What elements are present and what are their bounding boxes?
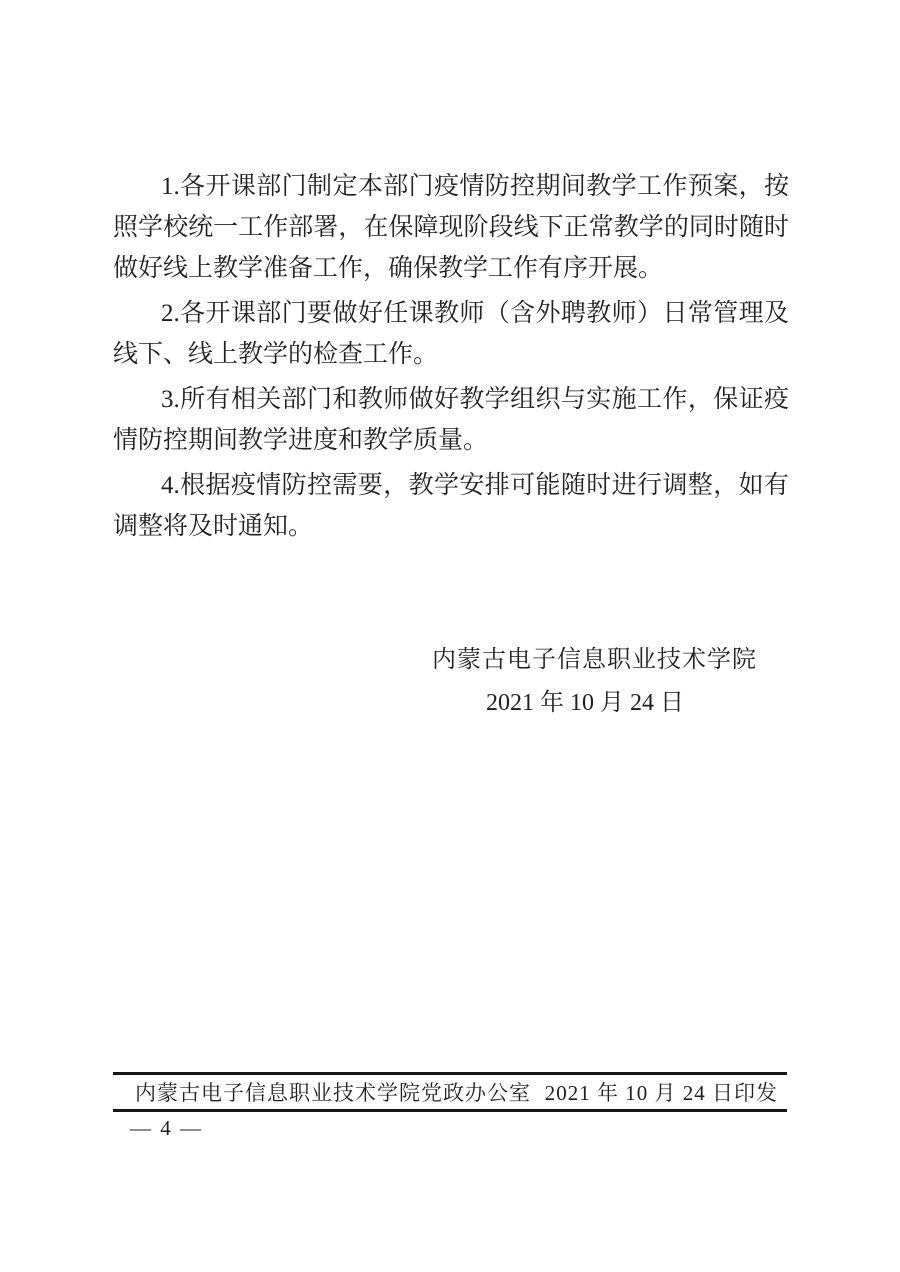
paragraph-line: 4.根据疫情防控需要，教学安排可能随时进行调整，如有: [113, 465, 789, 506]
paragraph-line: 做好线上教学准备工作，确保教学工作有序开展。: [113, 248, 789, 289]
footer-print-date: 2021 年 10 月 24 日印发: [545, 1077, 778, 1107]
paragraph-line: 1.各开课部门制定本部门疫情防控期间教学工作预案，按: [113, 166, 789, 207]
page-number: — 4 —: [130, 1117, 203, 1139]
paragraph-4: 4.根据疫情防控需要，教学安排可能随时进行调整，如有 调整将及时通知。: [113, 465, 789, 547]
signature-date: 2021 年 10 月 24 日: [113, 688, 787, 718]
paragraph-line: 照学校统一工作部署，在保障现阶段线下正常教学的同时随时: [113, 207, 789, 248]
paragraph-2: 2.各开课部门要做好任课教师（含外聘教师）日常管理及 线下、线上教学的检查工作。: [113, 293, 789, 375]
paragraph-line: 线下、线上教学的检查工作。: [113, 334, 789, 375]
document-page: 1.各开课部门制定本部门疫情防控期间教学工作预案，按 照学校统一工作部署，在保障…: [0, 0, 900, 1272]
paragraph-line: 调整将及时通知。: [113, 506, 789, 547]
document-body: 1.各开课部门制定本部门疫情防控期间教学工作预案，按 照学校统一工作部署，在保障…: [113, 166, 789, 551]
paragraph-line: 2.各开课部门要做好任课教师（含外聘教师）日常管理及: [113, 293, 789, 334]
signature-org: 内蒙古电子信息职业技术学院: [113, 645, 787, 675]
footer-colophon: 内蒙古电子信息职业技术学院党政办公室 2021 年 10 月 24 日印发: [113, 1072, 787, 1112]
paragraph-line: 情防控期间教学进度和教学质量。: [113, 420, 789, 461]
paragraph-3: 3.所有相关部门和教师做好教学组织与实施工作，保证疫 情防控期间教学进度和教学质…: [113, 379, 789, 461]
footer-issuer: 内蒙古电子信息职业技术学院党政办公室: [135, 1077, 531, 1107]
paragraph-1: 1.各开课部门制定本部门疫情防控期间教学工作预案，按 照学校统一工作部署，在保障…: [113, 166, 789, 289]
paragraph-line: 3.所有相关部门和教师做好教学组织与实施工作，保证疫: [113, 379, 789, 420]
